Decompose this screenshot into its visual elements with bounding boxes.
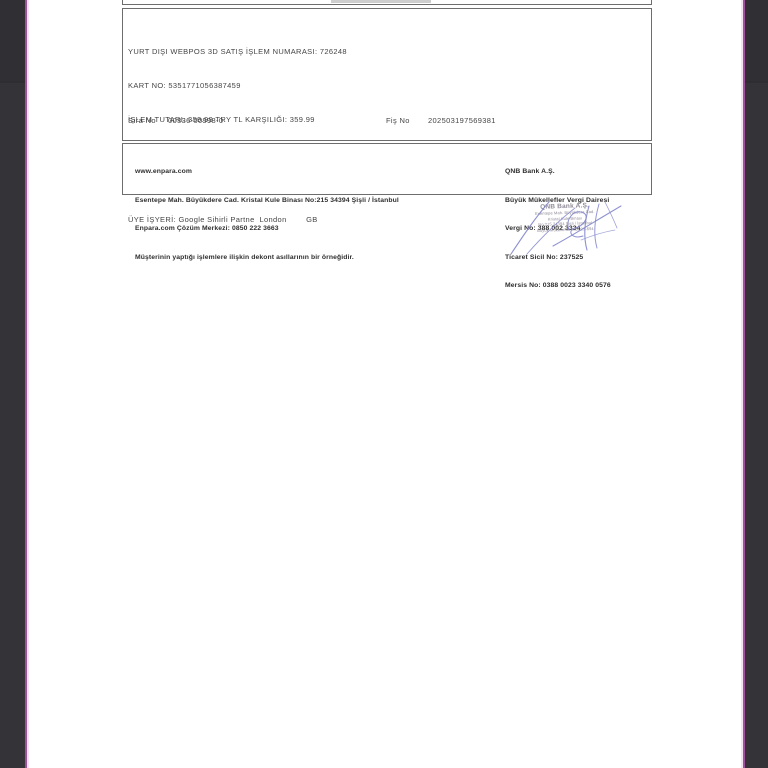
viewer-left-margin-upper bbox=[0, 0, 25, 81]
footer-line: Mersis No: 0388 0023 3340 0576 bbox=[505, 281, 611, 291]
cutoff-top-box bbox=[122, 0, 652, 5]
enpara-contact-block: www.enpara.com Esentepe Mah. Büyükdere C… bbox=[135, 148, 399, 281]
footer-line: Müşterinin yaptığı işlemlere ilişkin dek… bbox=[135, 253, 399, 263]
viewer-right-margin-upper bbox=[742, 0, 768, 81]
transaction-details-box: YURT DIŞI WEBPOS 3D SATIŞ İŞLEM NUMARASI… bbox=[122, 8, 652, 141]
sira-no-label: Sıra No bbox=[128, 116, 156, 125]
sira-no-value: 00336-00998-0 bbox=[168, 116, 223, 125]
bank-stamp-signature: QNB Bank A.Ş. Esentepe Mah. Büyükdere Ca… bbox=[503, 196, 627, 256]
footer-line: Enpara.com Çözüm Merkezi: 0850 222 3663 bbox=[135, 224, 399, 234]
signature-icon bbox=[503, 196, 627, 256]
transaction-line: KART NO: 5351771056387459 bbox=[128, 80, 347, 91]
fis-no-value: 202503197569381 bbox=[428, 116, 496, 125]
viewer-left-seam bbox=[0, 81, 25, 83]
viewer-left-margin bbox=[0, 0, 25, 768]
bank-footer-box: www.enpara.com Esentepe Mah. Büyükdere C… bbox=[122, 143, 652, 195]
viewer-right-seam bbox=[742, 81, 768, 83]
cutoff-content-smudge bbox=[331, 0, 431, 3]
viewer-right-margin bbox=[742, 0, 768, 768]
fis-no-label: Fiş No bbox=[386, 116, 410, 125]
footer-line: QNB Bank A.Ş. bbox=[505, 167, 611, 177]
footer-line: Esentepe Mah. Büyükdere Cad. Kristal Kul… bbox=[135, 196, 399, 206]
footer-line: www.enpara.com bbox=[135, 167, 399, 177]
transaction-line: YURT DIŞI WEBPOS 3D SATIŞ İŞLEM NUMARASI… bbox=[128, 46, 347, 57]
receipt-page: YURT DIŞI WEBPOS 3D SATIŞ İŞLEM NUMARASI… bbox=[25, 0, 745, 768]
document-viewer: YURT DIŞI WEBPOS 3D SATIŞ İŞLEM NUMARASI… bbox=[0, 0, 768, 768]
serial-row: Sıra No 00336-00998-0 Fiş No 20250319756… bbox=[123, 116, 651, 128]
